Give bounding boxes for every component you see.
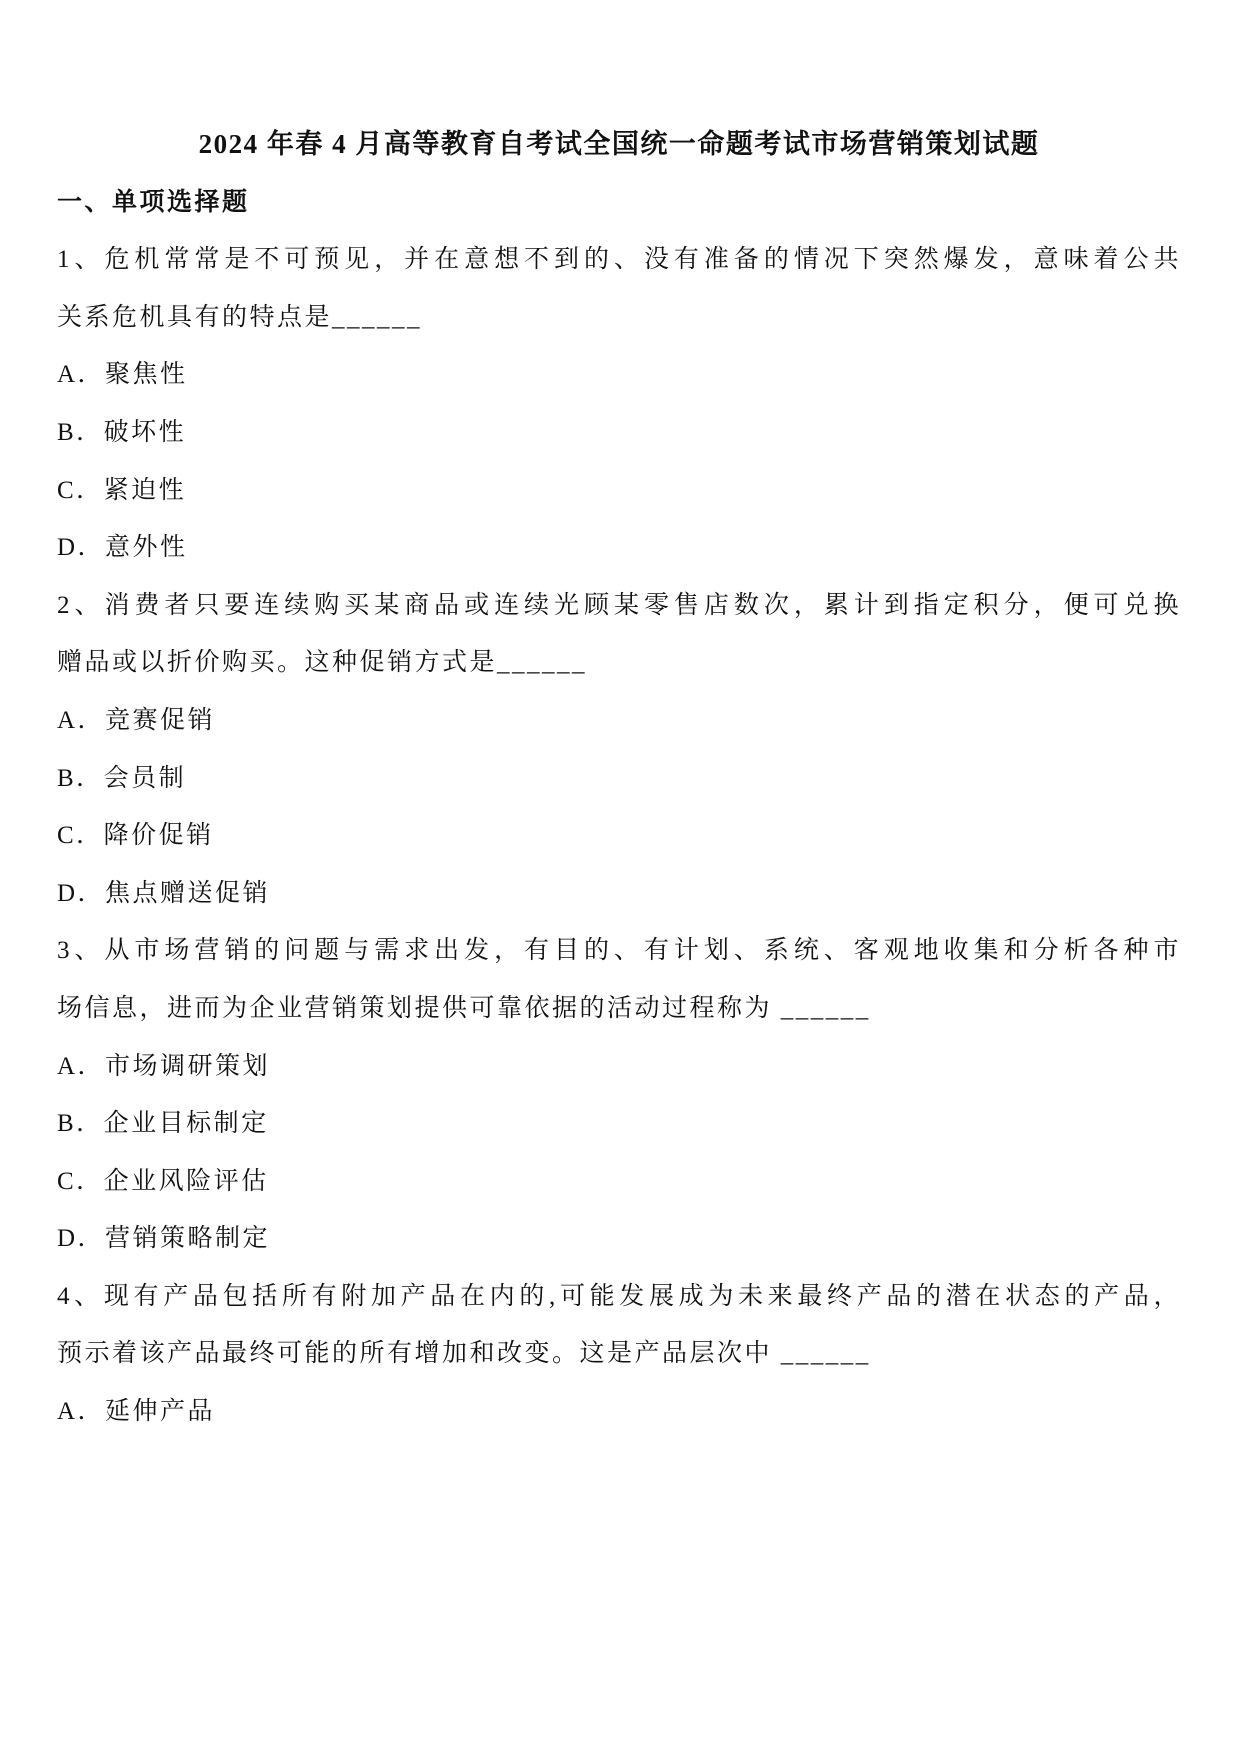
question-2-option-d: D．焦点赠送促销 bbox=[57, 865, 1181, 923]
question-2-text-line-1: 2、消费者只要连续购买某商品或连续光顾某零售店数次，累计到指定积分，便可兑换 bbox=[57, 577, 1181, 635]
question-2-option-a: A．竞赛促销 bbox=[57, 692, 1181, 750]
question-1-option-b: B．破坏性 bbox=[57, 404, 1181, 462]
question-4-option-a: A．延伸产品 bbox=[57, 1383, 1181, 1441]
question-1-option-d: D．意外性 bbox=[57, 519, 1181, 577]
question-2-text-line-2: 赠品或以折价购买。这种促销方式是______ bbox=[57, 634, 1181, 692]
question-2-option-c: C．降价促销 bbox=[57, 807, 1181, 865]
question-1-option-c: C．紧迫性 bbox=[57, 462, 1181, 520]
question-3-text-line-1: 3、从市场营销的问题与需求出发，有目的、有计划、系统、客观地收集和分析各种市 bbox=[57, 922, 1181, 980]
question-1-text-line-2: 关系危机具有的特点是______ bbox=[57, 289, 1181, 347]
question-4-text-line-2: 预示着该产品最终可能的所有增加和改变。这是产品层次中 ______ bbox=[57, 1325, 1181, 1383]
question-3-option-c: C．企业风险评估 bbox=[57, 1153, 1181, 1211]
document-content: 2024 年春 4 月高等教育自考试全国统一命题考试市场营销策划试题 一、单项选… bbox=[57, 116, 1181, 1441]
question-2-option-b: B．会员制 bbox=[57, 750, 1181, 808]
question-3-option-a: A．市场调研策划 bbox=[57, 1038, 1181, 1096]
question-3-option-b: B．企业目标制定 bbox=[57, 1095, 1181, 1153]
section-heading: 一、单项选择题 bbox=[57, 174, 1181, 232]
question-3-text-line-2: 场信息，进而为企业营销策划提供可靠依据的活动过程称为 ______ bbox=[57, 980, 1181, 1038]
question-1-text-line-1: 1、危机常常是不可预见，并在意想不到的、没有准备的情况下突然爆发，意味着公共 bbox=[57, 231, 1181, 289]
document-title: 2024 年春 4 月高等教育自考试全国统一命题考试市场营销策划试题 bbox=[57, 116, 1181, 174]
exam-document-page: 2024 年春 4 月高等教育自考试全国统一命题考试市场营销策划试题 一、单项选… bbox=[0, 0, 1240, 1754]
question-1-option-a: A．聚焦性 bbox=[57, 346, 1181, 404]
question-4-text-line-1: 4、现有产品包括所有附加产品在内的,可能发展成为未来最终产品的潜在状态的产品， bbox=[57, 1268, 1181, 1326]
question-3-option-d: D．营销策略制定 bbox=[57, 1210, 1181, 1268]
